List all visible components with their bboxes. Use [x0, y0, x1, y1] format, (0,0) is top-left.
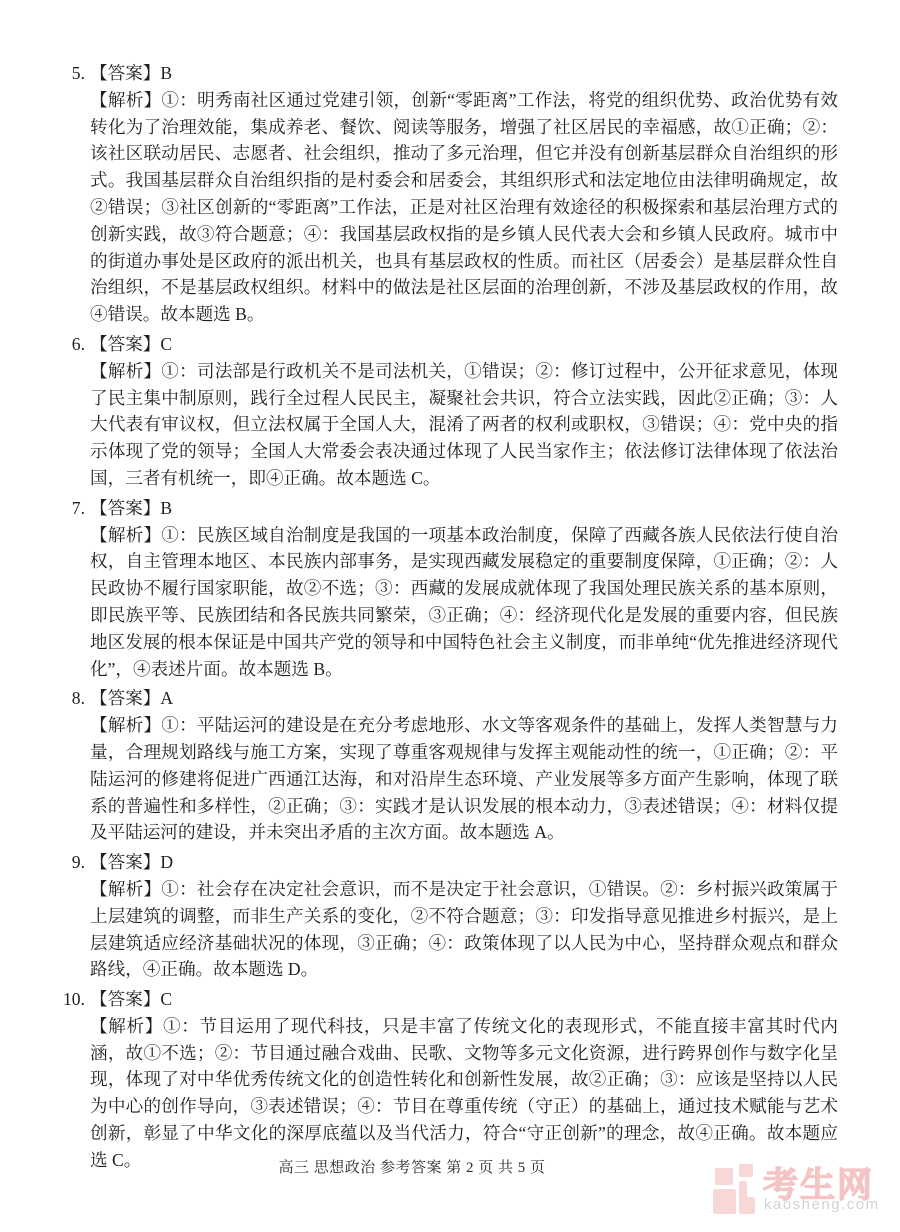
question-item-8: 8. 【答案】A 【解析】①：平陆运河的建设是在充分考虑地形、水文等客观条件的基…: [60, 685, 839, 846]
answer-label: 【答案】: [90, 498, 160, 518]
question-number: 8.: [60, 685, 85, 712]
answer-line: 【答案】C: [90, 986, 838, 1013]
watermark: 考生网 kaosheng.com: [710, 1160, 890, 1220]
question-body: 【答案】D 【解析】①：社会存在决定社会意识，而不是决定于社会意识，①错误。②：…: [90, 849, 838, 983]
answer-label: 【答案】: [90, 688, 160, 708]
question-item-7: 7. 【答案】B 【解析】①：民族区域自治制度是我国的一项基本政治制度，保障了西…: [60, 495, 839, 683]
question-item-6: 6. 【答案】C 【解析】①：司法部是行政机关不是司法机关，①错误；②：修订过程…: [60, 331, 839, 492]
question-number: 10.: [60, 986, 85, 1013]
question-item-10: 10. 【答案】C 【解析】①：节目运用了现代科技，只是丰富了传统文化的表现形式…: [60, 986, 839, 1174]
question-item-5: 5. 【答案】B 【解析】①：明秀南社区通过党建引领，创新“零距离”工作法，将党…: [60, 60, 839, 328]
answer-line: 【答案】C: [90, 331, 838, 358]
question-number: 7.: [60, 495, 85, 522]
analysis-text: 【解析】①：明秀南社区通过党建引领，创新“零距离”工作法，将党的组织优势、政治优…: [90, 87, 838, 328]
analysis-text: 【解析】①：平陆运河的建设是在充分考虑地形、水文等客观条件的基础上，发挥人类智慧…: [90, 712, 838, 846]
answer-letter: B: [160, 63, 172, 83]
analysis-text: 【解析】①：社会存在决定社会意识，而不是决定于社会意识，①错误。②：乡村振兴政策…: [90, 876, 838, 983]
answer-line: 【答案】B: [90, 495, 838, 522]
analysis-text: 【解析】①：节目运用了现代科技，只是丰富了传统文化的表现形式，不能直接丰富其时代…: [90, 1013, 838, 1174]
watermark-domain: kaosheng.com: [764, 1196, 880, 1213]
answer-label: 【答案】: [90, 334, 160, 354]
question-body: 【答案】C 【解析】①：司法部是行政机关不是司法机关，①错误；②：修订过程中，公…: [90, 331, 838, 492]
page-footer: 高三 思想政治 参考答案 第 2 页 共 5 页: [0, 1156, 824, 1177]
question-body: 【答案】A 【解析】①：平陆运河的建设是在充分考虑地形、水文等客观条件的基础上，…: [90, 685, 838, 846]
question-body: 【答案】C 【解析】①：节目运用了现代科技，只是丰富了传统文化的表现形式，不能直…: [90, 986, 838, 1174]
kaosheng-logo-icon: [712, 1163, 758, 1215]
question-body: 【答案】B 【解析】①：民族区域自治制度是我国的一项基本政治制度，保障了西藏各族…: [90, 495, 838, 683]
answer-label: 【答案】: [90, 852, 160, 872]
question-number: 5.: [60, 60, 85, 87]
question-number: 9.: [60, 849, 85, 876]
answer-line: 【答案】A: [90, 685, 838, 712]
analysis-text: 【解析】①：民族区域自治制度是我国的一项基本政治制度，保障了西藏各族人民依法行使…: [90, 522, 838, 683]
answers-list: 5. 【答案】B 【解析】①：明秀南社区通过党建引领，创新“零距离”工作法，将党…: [60, 60, 839, 1177]
answer-line: 【答案】D: [90, 849, 838, 876]
answer-key-page: { "questions": [ { "number": "5.", "answ…: [0, 0, 900, 1232]
answer-label: 【答案】: [90, 989, 160, 1009]
answer-letter: C: [160, 989, 172, 1009]
question-body: 【答案】B 【解析】①：明秀南社区通过党建引领，创新“零距离”工作法，将党的组织…: [90, 60, 838, 328]
question-number: 6.: [60, 331, 85, 358]
answer-label: 【答案】: [90, 63, 160, 83]
analysis-text: 【解析】①：司法部是行政机关不是司法机关，①错误；②：修订过程中，公开征求意见，…: [90, 358, 838, 492]
answer-line: 【答案】B: [90, 60, 838, 87]
question-item-9: 9. 【答案】D 【解析】①：社会存在决定社会意识，而不是决定于社会意识，①错误…: [60, 849, 839, 983]
answer-letter: B: [160, 498, 172, 518]
answer-letter: A: [160, 688, 173, 708]
answer-letter: C: [160, 334, 172, 354]
answer-letter: D: [160, 852, 173, 872]
